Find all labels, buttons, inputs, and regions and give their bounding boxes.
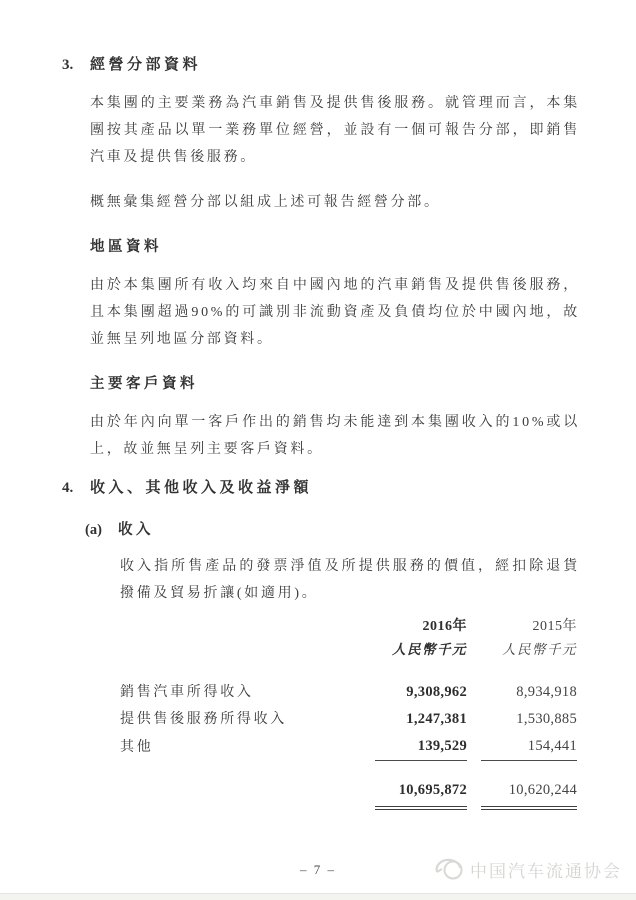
table-row: 其他 139,529 154,441: [120, 733, 577, 761]
table-row: 提供售後服務所得收入 1,247,381 1,530,885: [120, 706, 577, 733]
document-page: 3. 經營分部資料 本集團的主要業務為汽車銷售及提供售後服務。就管理而言，本集團…: [0, 0, 636, 900]
row-value-2016: 139,529: [375, 733, 467, 761]
row-label: 提供售後服務所得收入: [120, 706, 361, 733]
watermark: 中国汽车流通协会: [434, 856, 622, 882]
column-header-2015: 2015年: [481, 615, 577, 638]
section-4-number: 4.: [62, 477, 90, 499]
table-total-row: 10,695,872 10,620,244: [120, 777, 577, 810]
row-value-2016: 9,308,962: [375, 679, 467, 706]
unit-header-2015: 人民幣千元: [481, 638, 577, 661]
table-row: 銷售汽車所得收入 9,308,962 8,934,918: [120, 679, 577, 706]
section-3-paragraph-2: 概無彙集經營分部以組成上述可報告經營分部。: [90, 189, 580, 216]
subsection-a-paragraph: 收入指所售產品的發票淨值及所提供服務的價值，經扣除退貨撥備及貿易折讓(如適用)。: [120, 553, 580, 607]
table-header-years: 2016年 2015年: [120, 615, 577, 638]
row-label: 銷售汽車所得收入: [120, 679, 361, 706]
section-3-title: 經營分部資料: [90, 54, 201, 76]
table-header-units: 人民幣千元 人民幣千元: [120, 638, 577, 661]
geographical-info-paragraph: 由於本集團所有收入均來自中國內地的汽車銷售及提供售後服務，且本集團超過90%的可…: [90, 272, 580, 353]
row-value-2015: 1,530,885: [481, 706, 577, 733]
subsection-a-title: 收入: [118, 519, 154, 541]
major-customers-heading: 主要客戶資料: [90, 373, 636, 395]
unit-header-2016: 人民幣千元: [375, 638, 467, 661]
major-customers-paragraph: 由於年內向單一客戶作出的銷售均未能達到本集團收入的10%或以上，故並無呈列主要客…: [90, 409, 580, 463]
subsection-a-heading: (a) 收入: [85, 519, 636, 541]
association-logo-icon: [434, 856, 466, 882]
geographical-info-heading: 地區資料: [90, 236, 636, 258]
section-3-number: 3.: [62, 54, 90, 76]
page-bottom-edge: [0, 893, 636, 900]
row-value-2015: 154,441: [481, 733, 577, 761]
section-3-heading: 3. 經營分部資料: [62, 54, 580, 76]
subsection-a-label: (a): [85, 519, 118, 541]
total-value-2015: 10,620,244: [481, 777, 577, 810]
section-4-title: 收入、其他收入及收益淨額: [90, 477, 312, 499]
section-3-paragraph-1: 本集團的主要業務為汽車銷售及提供售後服務。就管理而言，本集團按其產品以單一業務單…: [90, 90, 580, 171]
row-value-2016: 1,247,381: [375, 706, 467, 733]
column-header-2016: 2016年: [375, 615, 467, 638]
total-value-2016: 10,695,872: [375, 777, 467, 810]
watermark-text: 中国汽车流通协会: [470, 857, 622, 882]
row-value-2015: 8,934,918: [481, 679, 577, 706]
revenue-table: 2016年 2015年 人民幣千元 人民幣千元 銷售汽車所得收入 9,308,9…: [120, 615, 577, 810]
row-label: 其他: [120, 734, 361, 761]
section-4-heading: 4. 收入、其他收入及收益淨額: [62, 477, 580, 499]
